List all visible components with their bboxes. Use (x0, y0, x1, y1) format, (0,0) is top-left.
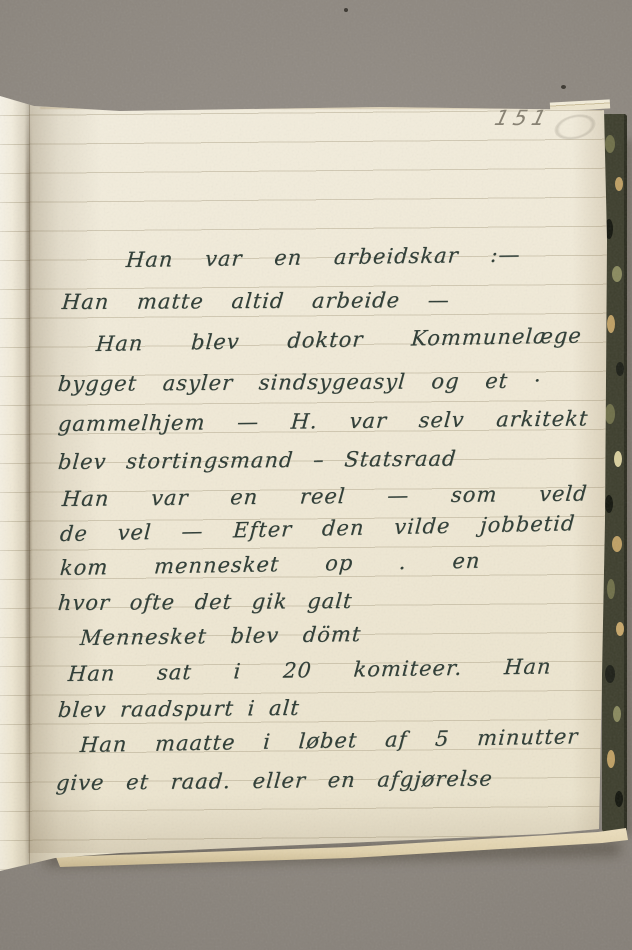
handwritten-line-2: Han matte altid arbeide — (61, 288, 451, 314)
felt-speck (344, 8, 348, 12)
felt-speck (561, 85, 566, 89)
handwritten-line-6: blev stortingsmand – Statsraad (57, 447, 457, 474)
page-top-rim (40, 107, 606, 109)
handwritten-line-11: Mennesket blev dömt (79, 622, 362, 650)
felt-background: 151 Han var en arbeidskar :— Han matte a… (0, 0, 632, 950)
handwritten-line-4: bygget asyler sindsygeasyl og et · (57, 369, 542, 396)
notebook-page: 151 Han var en arbeidskar :— Han matte a… (0, 0, 632, 950)
handwritten-line-13: blev raadspurt i alt (57, 696, 301, 722)
handwritten-line-10: hvor ofte det gik galt (57, 589, 353, 615)
handwritten-line-15: give et raad. eller en afgjørelse (55, 766, 494, 795)
